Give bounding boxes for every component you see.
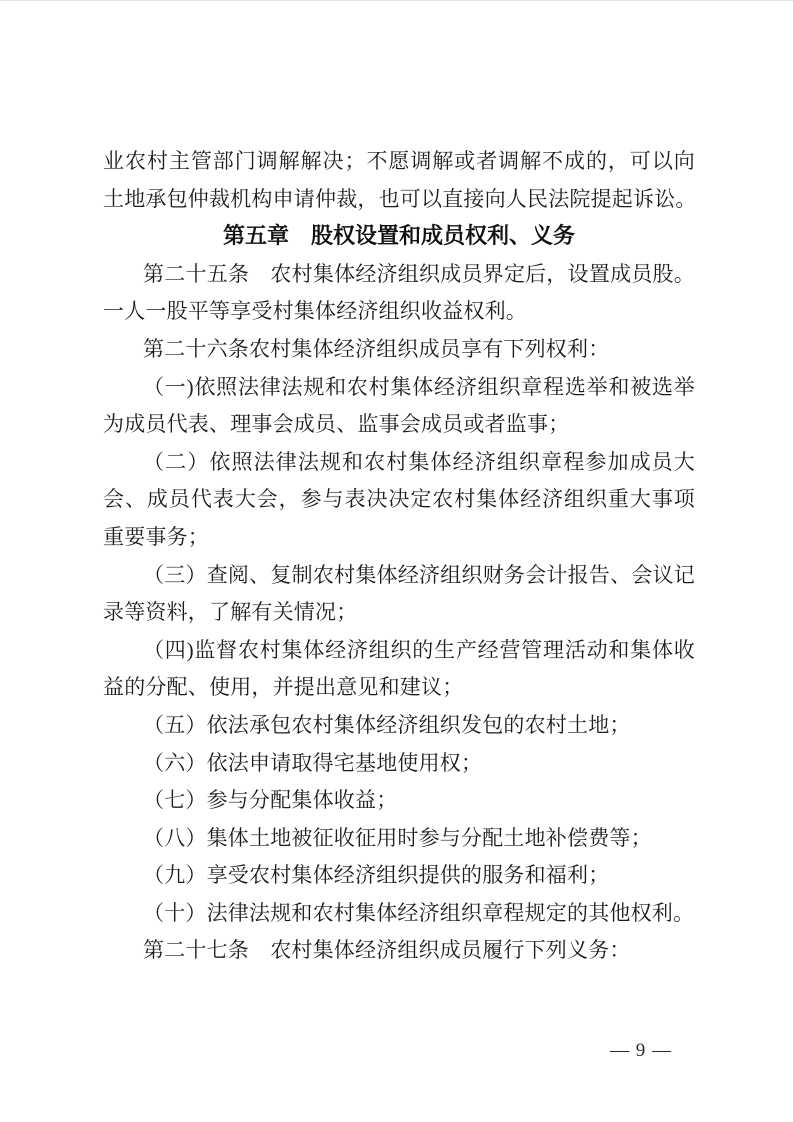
document-page: 业农村主管部门调解解决；不愿调解或者调解不成的，可以向农村 土地承包仲裁机构申请… (0, 0, 793, 1122)
text-line: 为成员代表、理事会成员、监事会成员或者监事； (103, 406, 695, 444)
text-line: 重要事务； (103, 519, 695, 557)
text-line-item-7: （七）参与分配集体收益； (103, 782, 695, 820)
text-line: 土地承包仲裁机构申请仲裁，也可以直接向人民法院提起诉讼。 (103, 181, 695, 219)
chapter-heading: 第五章 股权设置和成员权利、义务 (103, 218, 695, 256)
text-line-item-5: （五）依法承包农村集体经济组织发包的农村土地； (103, 707, 695, 745)
text-line-article-27: 第二十七条 农村集体经济组织成员履行下列义务： (103, 932, 695, 970)
text-line-item-9: （九）享受农村集体经济组织提供的服务和福利； (103, 857, 695, 895)
text-line-item-6: （六）依法申请取得宅基地使用权； (103, 745, 695, 783)
text-line-item-2: （二）依照法律法规和农村集体经济组织章程参加成员大 (103, 444, 695, 482)
document-body: 业农村主管部门调解解决；不愿调解或者调解不成的，可以向农村 土地承包仲裁机构申请… (103, 143, 695, 970)
text-line: 会、成员代表大会，参与表决决定农村集体经济组织重大事项和 (103, 481, 695, 519)
text-line-item-1: （一)依照法律法规和农村集体经济组织章程选举和被选举 (103, 369, 695, 407)
text-line-item-4: （四)监督农村集体经济组织的生产经营管理活动和集体收 (103, 632, 695, 670)
text-line-article-26: 第二十六条农村集体经济组织成员享有下列权利： (103, 331, 695, 369)
text-line: 益的分配、使用，并提出意见和建议； (103, 669, 695, 707)
text-line: 一人一股平等享受村集体经济组织收益权利。 (103, 293, 695, 331)
text-line-item-10: （十）法律法规和农村集体经济组织章程规定的其他权利。 (103, 895, 695, 933)
text-line-item-8: （八）集体土地被征收征用时参与分配土地补偿费等； (103, 820, 695, 858)
scan-edge-line (0, 0, 793, 1)
page-number: — 9 — (586, 1036, 696, 1066)
text-line: 录等资料，了解有关情况； (103, 594, 695, 632)
text-line-article-25: 第二十五条 农村集体经济组织成员界定后，设置成员股。 (103, 256, 695, 294)
text-line: 业农村主管部门调解解决；不愿调解或者调解不成的，可以向农村 (103, 143, 695, 181)
text-line-item-3: （三）查阅、复制农村集体经济组织财务会计报告、会议记 (103, 557, 695, 595)
